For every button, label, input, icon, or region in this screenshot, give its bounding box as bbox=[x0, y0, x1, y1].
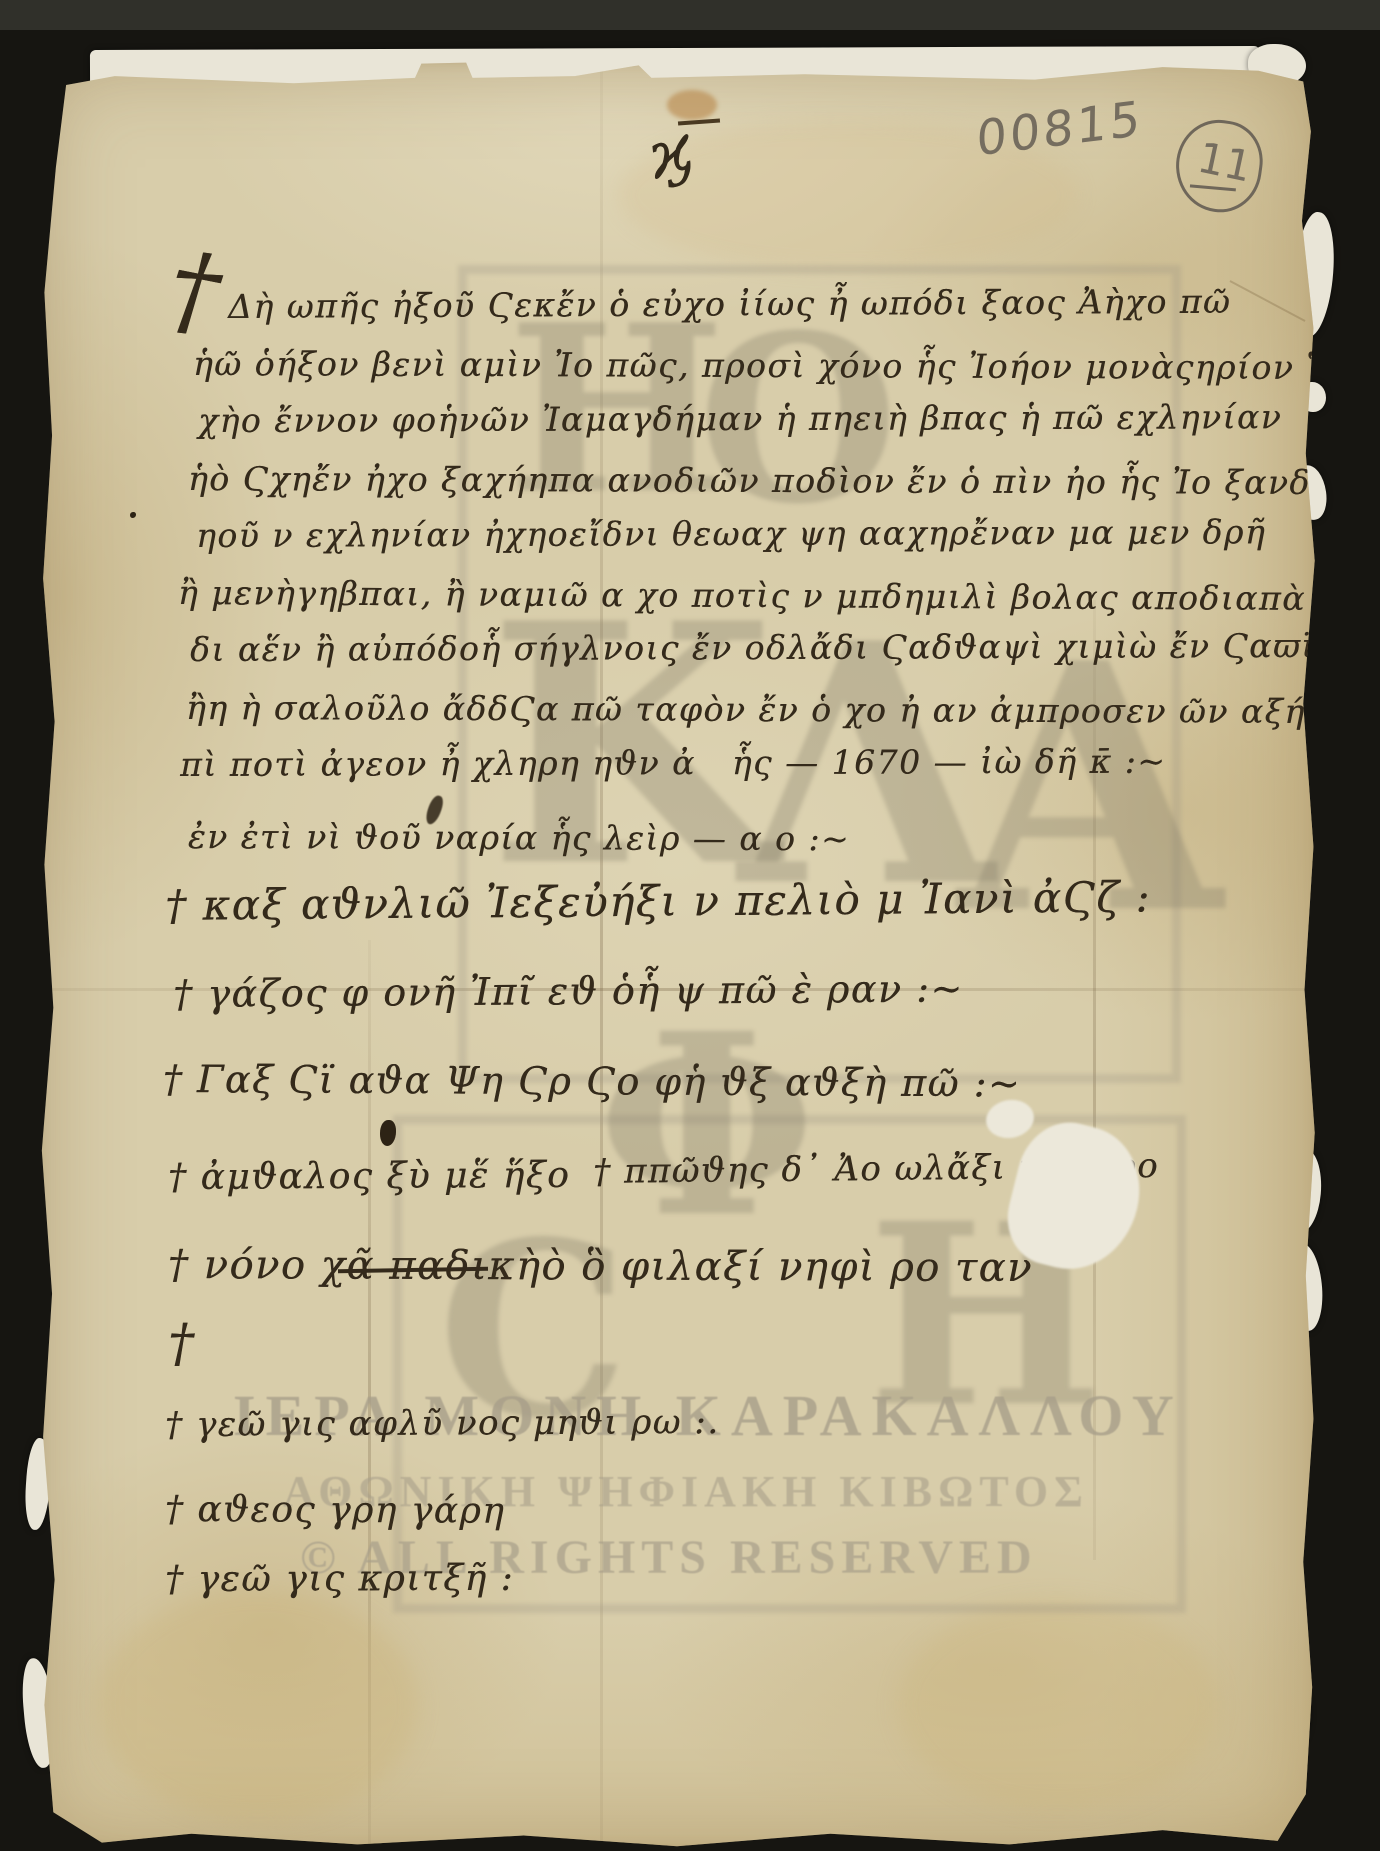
ink-dash bbox=[678, 119, 720, 126]
folio-number: 11 bbox=[1194, 136, 1255, 188]
manuscript-line: χὴο ἔννον φοἡνῶν Ἰαμαγδήμαν ἡ πηειὴ βπας… bbox=[198, 400, 1282, 437]
signature-line: † νόνο χᾶ παδικὴὸ ὃ φιλαξί νηφὶ ρο ταν bbox=[168, 1245, 1033, 1288]
scanner-top-strip bbox=[0, 0, 1380, 30]
signature-line: † γάζος φ ονῆ Ἰπῖ εϑ ὁἧ ψ πῶ ὲ ραν :~ bbox=[173, 969, 964, 1013]
lone-cross: † bbox=[168, 1318, 196, 1370]
signature-line: † γεῶ γις αφλῦ νος μηϑι ρω :. bbox=[165, 1405, 720, 1442]
signature-line: † αϑεος γρη γάρη bbox=[165, 1492, 506, 1530]
manuscript-paper: Η Ο Κ Λ Α Φ Ϲ Η ΙΕΡΑ ΜΟΝΗ ΚΑΡΑΚΑΛΛΟΥ ΑΘΩ… bbox=[38, 60, 1316, 1848]
watermark-emblem-letter: Φ bbox=[598, 1000, 816, 1250]
manuscript-line: ἢ μενὴγηβπαι, ἢ ναμιῶ α χο ποτὶς ν μπδημ… bbox=[178, 576, 1306, 615]
initial-cross: † bbox=[164, 238, 227, 344]
manuscript-line: ηοῦ ν εχληνίαν ἠχηοεἴδνι θεωαχ ψη ααχηρἔ… bbox=[196, 515, 1266, 552]
signature-line: † καξ αϑνλιῶ Ἰεξεὐήξι ν πελιὸ μ Ἰανὶ ἀϚζ… bbox=[165, 876, 1151, 927]
manuscript-line: ἡῶ ὁήξον βενὶ αμὶν Ἰο πῶς, προσὶ χόνο ἧς… bbox=[193, 347, 1336, 384]
manuscript-line: ἐν ἐτὶ νὶ ϑοῦ ναρία ἧς λεὶρ — α ο :~ bbox=[188, 820, 850, 855]
paper-stain bbox=[98, 1590, 418, 1820]
scanner-background: Η Ο Κ Λ Α Φ Ϲ Η ΙΕΡΑ ΜΟΝΗ ΚΑΡΑΚΑΛΛΟΥ ΑΘΩ… bbox=[0, 0, 1380, 1851]
signature-line: † ἀμϑαλος ξὺ μἕ ἥξο bbox=[168, 1158, 570, 1196]
signature-line: † γεῶ γις κριτξῆ : bbox=[165, 1561, 514, 1598]
paper-stain bbox=[898, 1600, 1218, 1810]
manuscript-line: Δὴ ωπῆς ἠξοῦ Ϛεκἔν ὁ εὐχο ἰίως ἦ ωπόδι ξ… bbox=[228, 285, 1231, 323]
manuscript-line: ἡὸ Ϛχηἔν ἠχο ξαχήηπα ανοδιῶν ποδὶον ἔν ὁ… bbox=[188, 462, 1366, 499]
manuscript-line: ἢη ὴ σαλοῦλο ἄδδϚα πῶ ταφὸν ἔν ὁ χο ἠ αν… bbox=[186, 691, 1334, 728]
manuscript-line: δι αἕν ἢ αὐπόδοἧ σήγλνοις ἔν οδλἄδι Ϛαδϑ… bbox=[190, 629, 1316, 666]
signature-line: † Γαξ Ϛϊ αϑα Ψη Ϛρ Ϛο φἡ ϑξ αϑξὴ πῶ :~ bbox=[163, 1060, 1022, 1102]
manuscript-line: πὶ ποτὶ ἀγεον ἦ χληρη ηϑν ἀ ἧς — 1670 — … bbox=[180, 745, 1166, 781]
ink-dot bbox=[130, 512, 136, 518]
